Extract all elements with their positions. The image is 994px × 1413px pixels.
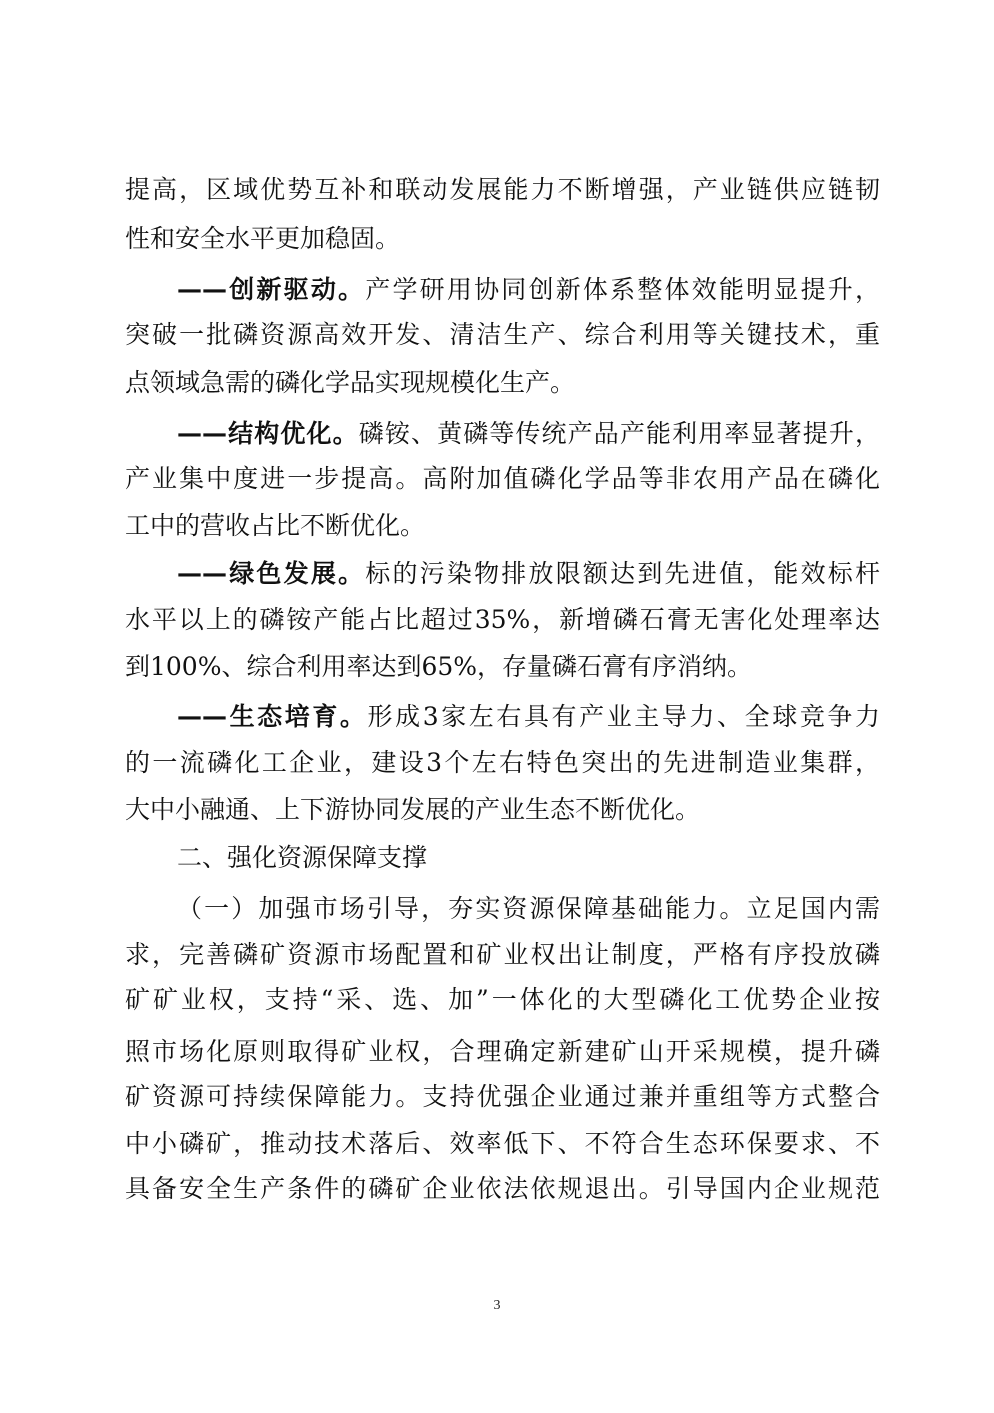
paragraph-line: 突破一批磷资源高效开发、清洁生产、综合利用等关键技术，重 <box>125 318 880 352</box>
goal-innovation-line: ——创新驱动。产学研用协同创新体系整体效能明显提升， <box>177 273 880 307</box>
paragraph-line: 水平以上的磷铵产能占比超过35%，新增磷石膏无害化处理率达 <box>125 603 880 637</box>
line-text: 到100%、综合利用率达到65%，存量磷石膏有序消纳。 <box>125 652 752 681</box>
line-text: 磷铵、黄磷等传统产品产能利用率显著提升， <box>359 419 880 448</box>
paragraph-line: 矿资源可持续保障能力。支持优强企业通过兼并重组等方式整合 <box>125 1080 880 1114</box>
document-page: 提高，区域优势互补和联动发展能力不断增强，产业链供应链韧 性和安全水平更加稳固。… <box>0 0 994 1413</box>
paragraph-line: 照市场化原则取得矿业权，合理确定新建矿山开采规模，提升磷 <box>125 1035 880 1069</box>
goal-title-green: ——绿色发展。 <box>177 559 365 588</box>
line-text: 突破一批磷资源高效开发、清洁生产、综合利用等关键技术，重 <box>125 320 880 349</box>
page-number: 3 <box>0 1298 994 1314</box>
line-text: 工中的营收占比不断优化。 <box>125 511 425 540</box>
paragraph-line: 产业集中度进一步提高。高附加值磷化学品等非农用产品在磷化 <box>125 462 880 496</box>
goal-ecology-line: ——生态培育。形成3家左右具有产业主导力、全球竞争力 <box>177 700 880 734</box>
line-text: 水平以上的磷铵产能占比超过35%，新增磷石膏无害化处理率达 <box>125 605 880 634</box>
goal-structure-line: ——结构优化。磷铵、黄磷等传统产品产能利用率显著提升， <box>177 417 880 451</box>
line-text: 的一流磷化工企业，建设3个左右特色突出的先进制造业集群， <box>125 748 880 777</box>
goal-title-innovation: ——创新驱动。 <box>177 275 365 304</box>
goal-title-ecology: ——生态培育。 <box>177 702 368 731</box>
line-text: 大中小融通、上下游协同发展的产业生态不断优化。 <box>125 795 700 824</box>
paragraph-line: 性和安全水平更加稳固。 <box>125 222 880 256</box>
line-text: 提高，区域优势互补和联动发展能力不断增强，产业链供应链韧 <box>125 175 880 204</box>
paragraph-line: 到100%、综合利用率达到65%，存量磷石膏有序消纳。 <box>125 650 880 684</box>
paragraph-line: 工中的营收占比不断优化。 <box>125 509 880 543</box>
line-text: 点领域急需的磷化学品实现规模化生产。 <box>125 368 575 397</box>
line-text: 求，完善磷矿资源市场配置和矿业权出让制度，严格有序投放磷 <box>125 940 880 969</box>
paragraph-line: 矿矿业权，支持“采、选、加”一体化的大型磷化工优势企业按 <box>125 983 880 1017</box>
line-text: 中小磷矿，推动技术落后、效率低下、不符合生态环保要求、不 <box>125 1129 880 1158</box>
line-text: 矿资源可持续保障能力。支持优强企业通过兼并重组等方式整合 <box>125 1082 880 1111</box>
subsection-line: （一）加强市场引导，夯实资源保障基础能力。立足国内需 <box>177 892 880 926</box>
heading-text: 二、强化资源保障支撑 <box>177 843 427 872</box>
paragraph-line: 具备安全生产条件的磷矿企业依法依规退出。引导国内企业规范 <box>125 1172 880 1206</box>
paragraph-line: 提高，区域优势互补和联动发展能力不断增强，产业链供应链韧 <box>125 173 880 207</box>
line-text: 产学研用协同创新体系整体效能明显提升， <box>365 275 880 304</box>
line-text: 照市场化原则取得矿业权，合理确定新建矿山开采规模，提升磷 <box>125 1037 880 1066</box>
line-text: 性和安全水平更加稳固。 <box>125 224 400 253</box>
paragraph-line: 点领域急需的磷化学品实现规模化生产。 <box>125 366 880 400</box>
line-text: （一）加强市场引导，夯实资源保障基础能力。立足国内需 <box>177 894 880 923</box>
section-heading: 二、强化资源保障支撑 <box>177 841 880 875</box>
line-text: 形成3家左右具有产业主导力、全球竞争力 <box>368 702 880 731</box>
paragraph-line: 求，完善磷矿资源市场配置和矿业权出让制度，严格有序投放磷 <box>125 938 880 972</box>
line-text: 具备安全生产条件的磷矿企业依法依规退出。引导国内企业规范 <box>125 1174 880 1203</box>
line-text: 矿矿业权，支持“采、选、加”一体化的大型磷化工优势企业按 <box>125 985 880 1014</box>
line-text: 标的污染物排放限额达到先进值，能效标杆 <box>365 559 880 588</box>
line-text: 产业集中度进一步提高。高附加值磷化学品等非农用产品在磷化 <box>125 464 880 493</box>
goal-title-structure: ——结构优化。 <box>177 419 359 448</box>
paragraph-line: 中小磷矿，推动技术落后、效率低下、不符合生态环保要求、不 <box>125 1127 880 1161</box>
paragraph-line: 的一流磷化工企业，建设3个左右特色突出的先进制造业集群， <box>125 746 880 780</box>
goal-green-line: ——绿色发展。标的污染物排放限额达到先进值，能效标杆 <box>177 557 880 591</box>
paragraph-line: 大中小融通、上下游协同发展的产业生态不断优化。 <box>125 793 880 827</box>
